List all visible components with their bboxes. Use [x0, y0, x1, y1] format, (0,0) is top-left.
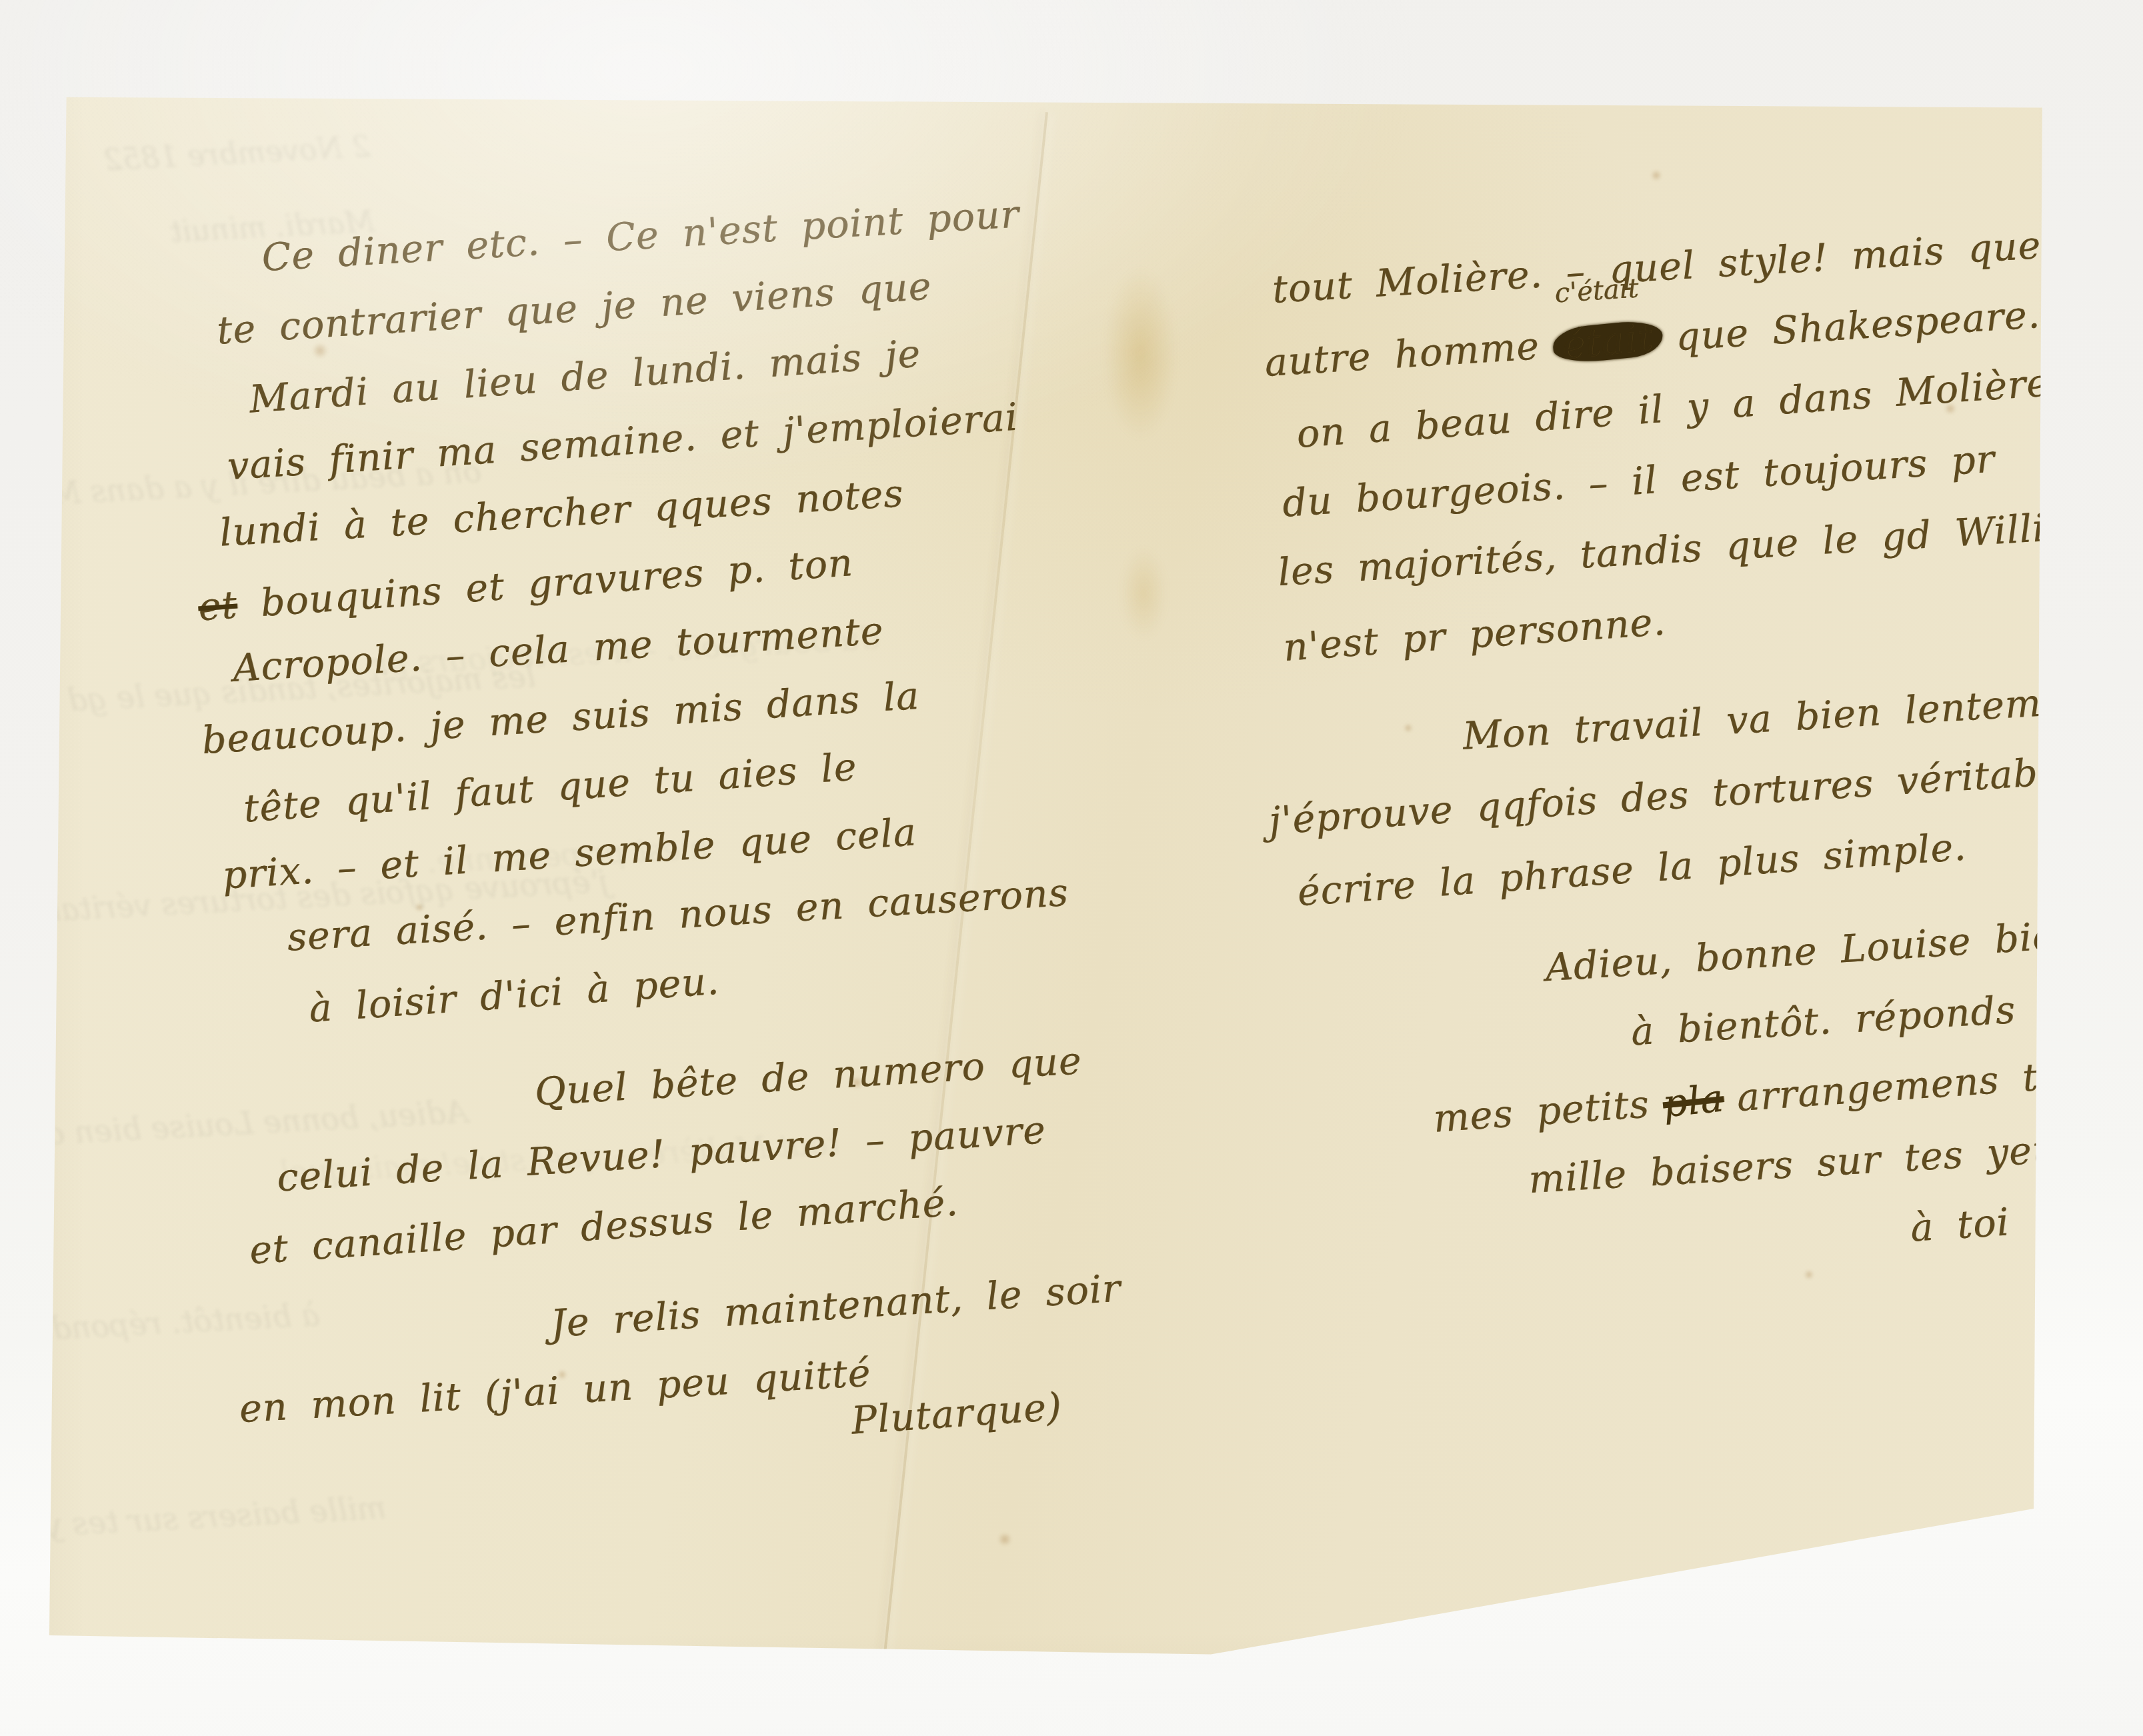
line-rest: bouquins et gravures p. ton — [259, 541, 855, 625]
manuscript-line: tout Molière. – quel style! mais quel — [1270, 205, 2136, 325]
correction: étaitc'était — [1537, 302, 1678, 381]
ink-showthrough: j'éprouve qqfois des tortures véritables… — [0, 863, 609, 933]
struck-word: pla — [1661, 1080, 1726, 1122]
line-post: arrangemens te vont. — [1736, 1045, 2143, 1120]
manuscript-line: n'est pr personne. — [1281, 553, 2143, 683]
manuscript-line: à bientôt. réponds moi si — [1629, 965, 2143, 1068]
foxing-spot — [1804, 1270, 1814, 1279]
manuscript-line: en mon lit (j'ai un peu quitté — [237, 1321, 1188, 1443]
ink-showthrough: n'est pr personne. — [426, 829, 710, 880]
fold-stain — [1104, 267, 1177, 440]
manuscript-line: du bourgeois. – il est toujours pr — [1280, 414, 2143, 539]
letter-sheet: 2 Novembre 1852 Mardi. minuit on a beau … — [0, 0, 2143, 1736]
manuscript-line: les majorités, tandis que le gd William — [1276, 487, 2143, 608]
manuscript-line: beaucoup. je me suis mis dans la — [200, 648, 1146, 775]
foxing-spot — [997, 1533, 1013, 1545]
manuscript-line: Acropole. – cela me tourmente — [231, 582, 1142, 703]
manuscript-line: Mon travail va bien lentement. — [1461, 661, 2143, 772]
manuscript-line: écrire la phrase la plus simple. — [1295, 797, 2143, 928]
paper-shading — [0, 0, 2143, 1736]
struck-blotted-word: était — [1551, 319, 1664, 365]
line-post: que Shakespeare. — [1674, 293, 2042, 359]
manuscript-line: j'éprouve qqfois des tortures véritables… — [1267, 729, 2143, 857]
foxing-spot — [850, 1077, 863, 1089]
ink-showthrough: tout Molière. – quel style! mais quel — [279, 1125, 841, 1191]
manuscript-line: tête qu'il faut que tu aies le — [241, 713, 1150, 843]
manuscript-line: sera aisé. – enfin nous en causerons — [285, 853, 1159, 971]
foxing-spot — [557, 1370, 567, 1379]
ink-showthrough: Adieu, bonne Louise bien chérie — [0, 1093, 469, 1155]
ink-showthrough: les majorités, tandis que le gd William — [0, 658, 537, 725]
manuscript-line-struck-middle: mes petitsplaarrangemens te vont. — [1431, 1032, 2143, 1155]
manuscript-line: Je relis maintenant, le soir — [549, 1251, 1184, 1358]
manuscript-line: vais finir ma semaine. et j'emploierai — [225, 376, 1129, 501]
manuscript-line: on a beau dire il y a dans Molière — [1294, 341, 2143, 470]
foxing-spot — [415, 903, 424, 911]
foxing-spot — [1944, 403, 1957, 414]
ink-showthrough: du bourgeois. – il est toujours pr — [373, 620, 880, 683]
manuscript-line: te contrarier que je ne viens que — [215, 241, 1120, 365]
manuscript-line: celui de la Revue! pauvre! – pauvre — [275, 1088, 1174, 1212]
manuscript-line-with-insert: autre hommeétaitc'étaitque Shakespeare. — [1263, 273, 2141, 399]
manuscript-line: et canaille par dessus le marché. — [247, 1153, 1178, 1285]
manuscript-line: Mardi au lieu de lundi. mais je — [247, 306, 1124, 434]
line-pre: mes petits — [1432, 1082, 1650, 1141]
manuscript-line: Quel bête de numero que — [533, 1022, 1169, 1127]
manuscript-line: mille baisers sur tes yeux. — [1527, 1107, 2143, 1215]
foxing-spot — [1650, 170, 1662, 181]
center-fold-crease — [883, 112, 1048, 1657]
manuscript-line-signoff: à toi — [1908, 1175, 2143, 1264]
foxing-spot — [311, 343, 329, 358]
manuscript-line: à loisir d'ici à peu. — [307, 917, 1163, 1043]
ink-showthrough: on a beau dire il y a dans Molière — [0, 453, 482, 517]
foxing-spot — [1404, 723, 1413, 733]
manuscript-line: lundi à te chercher qques notes — [217, 447, 1133, 567]
inserted-word-above: c'était — [1554, 275, 1640, 307]
photo-background: 2 Novembre 1852 Mardi. minuit on a beau … — [0, 0, 2143, 1736]
manuscript-line: prix. – et il me semble que cela — [220, 783, 1154, 910]
right-page-text: tout Molière. – quel style! mais quel au… — [1240, 203, 2143, 1302]
ink-showthrough: mille baisers sur tes yeux. — [0, 1489, 387, 1547]
ink-showthrough: à bientôt. réponds moi si — [0, 1297, 321, 1353]
manuscript-line: Ce diner etc. – Ce n'est point pour — [260, 175, 1116, 292]
struck-word: et — [197, 583, 239, 630]
ghost-annotation-date: 2 Novembre 1852 — [103, 130, 371, 178]
manuscript-line: Adieu, bonne Louise bien chérie — [1543, 893, 2143, 1003]
manuscript-line-signoff: Plutarque) — [849, 1364, 1191, 1455]
ghost-annotation-day: Mardi. minuit — [169, 205, 375, 249]
line-pre: autre homme — [1264, 324, 1541, 385]
manuscript-line-struck-start: et bouquins et gravures p. ton — [196, 509, 1138, 642]
left-page-text: Ce diner etc. – Ce n'est point pour te c… — [127, 173, 1191, 1495]
fold-stain-small — [1120, 547, 1167, 640]
